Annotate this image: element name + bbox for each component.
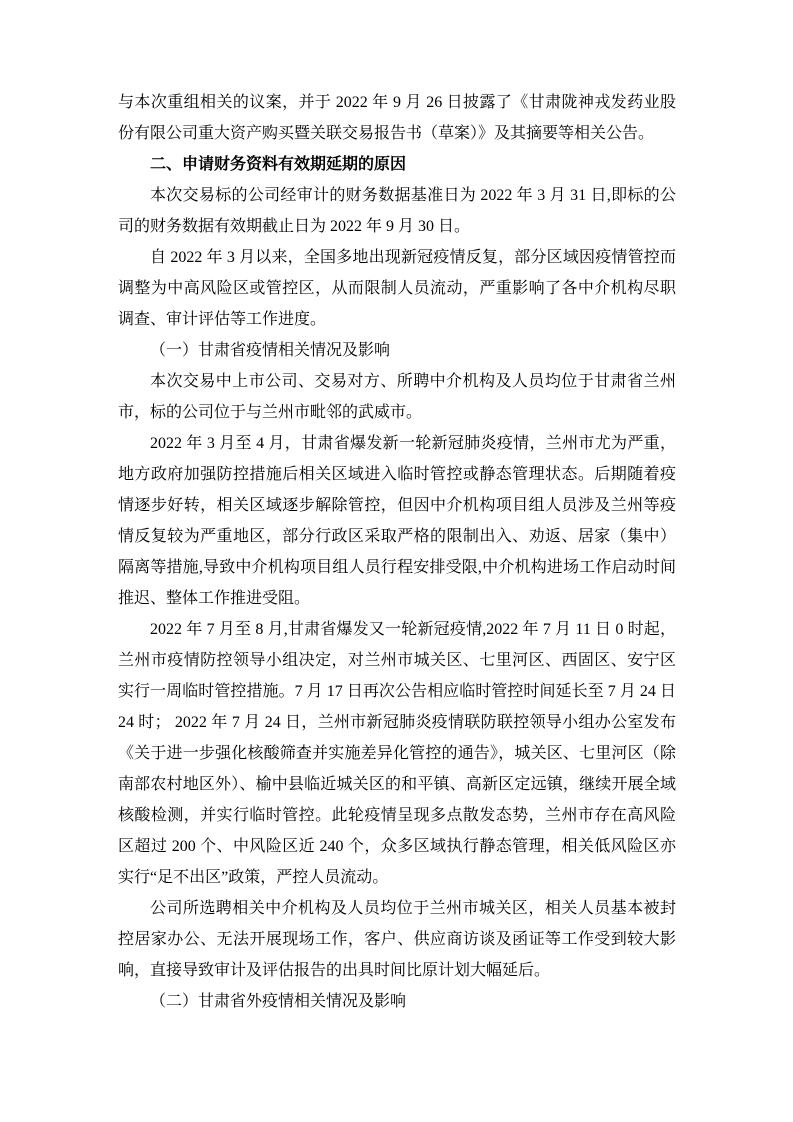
paragraph-national-covid-impact: 自 2022 年 3 月以来，全国多地出现新冠疫情反复，部分区域因疫情管控而调整… xyxy=(118,242,676,335)
section-heading-reason-for-extension: 二、申请财务资料有效期延期的原因 xyxy=(118,149,676,180)
sub-heading-outside-gansu-covid-situation: （二）甘肃省外疫情相关情况及影响 xyxy=(118,986,676,1017)
sub-heading-gansu-covid-situation: （一）甘肃省疫情相关情况及影响 xyxy=(118,335,676,366)
paragraph-july-august-outbreak: 2022 年 7 月至 8 月,甘肃省爆发又一轮新冠疫情,2022 年 7 月 … xyxy=(118,614,676,893)
paragraph-continuation: 与本次重组相关的议案，并于 2022 年 9 月 26 日披露了《甘肃陇神戎发药… xyxy=(118,87,676,149)
paragraph-march-april-outbreak: 2022 年 3 月至 4 月，甘肃省爆发新一轮新冠肺炎疫情，兰州市尤为严重，地… xyxy=(118,428,676,614)
document-page: 与本次重组相关的议案，并于 2022 年 9 月 26 日披露了《甘肃陇神戎发药… xyxy=(0,0,793,1122)
paragraph-intermediary-impact: 公司所选聘相关中介机构及人员均位于兰州市城关区，相关人员基本被封控居家办公、无法… xyxy=(118,893,676,986)
paragraph-parties-location: 本次交易中上市公司、交易对方、所聘中介机构及人员均位于甘肃省兰州市，标的公司位于… xyxy=(118,366,676,428)
paragraph-financial-data-base-date: 本次交易标的公司经审计的财务数据基准日为 2022 年 3 月 31 日,即标的… xyxy=(118,180,676,242)
